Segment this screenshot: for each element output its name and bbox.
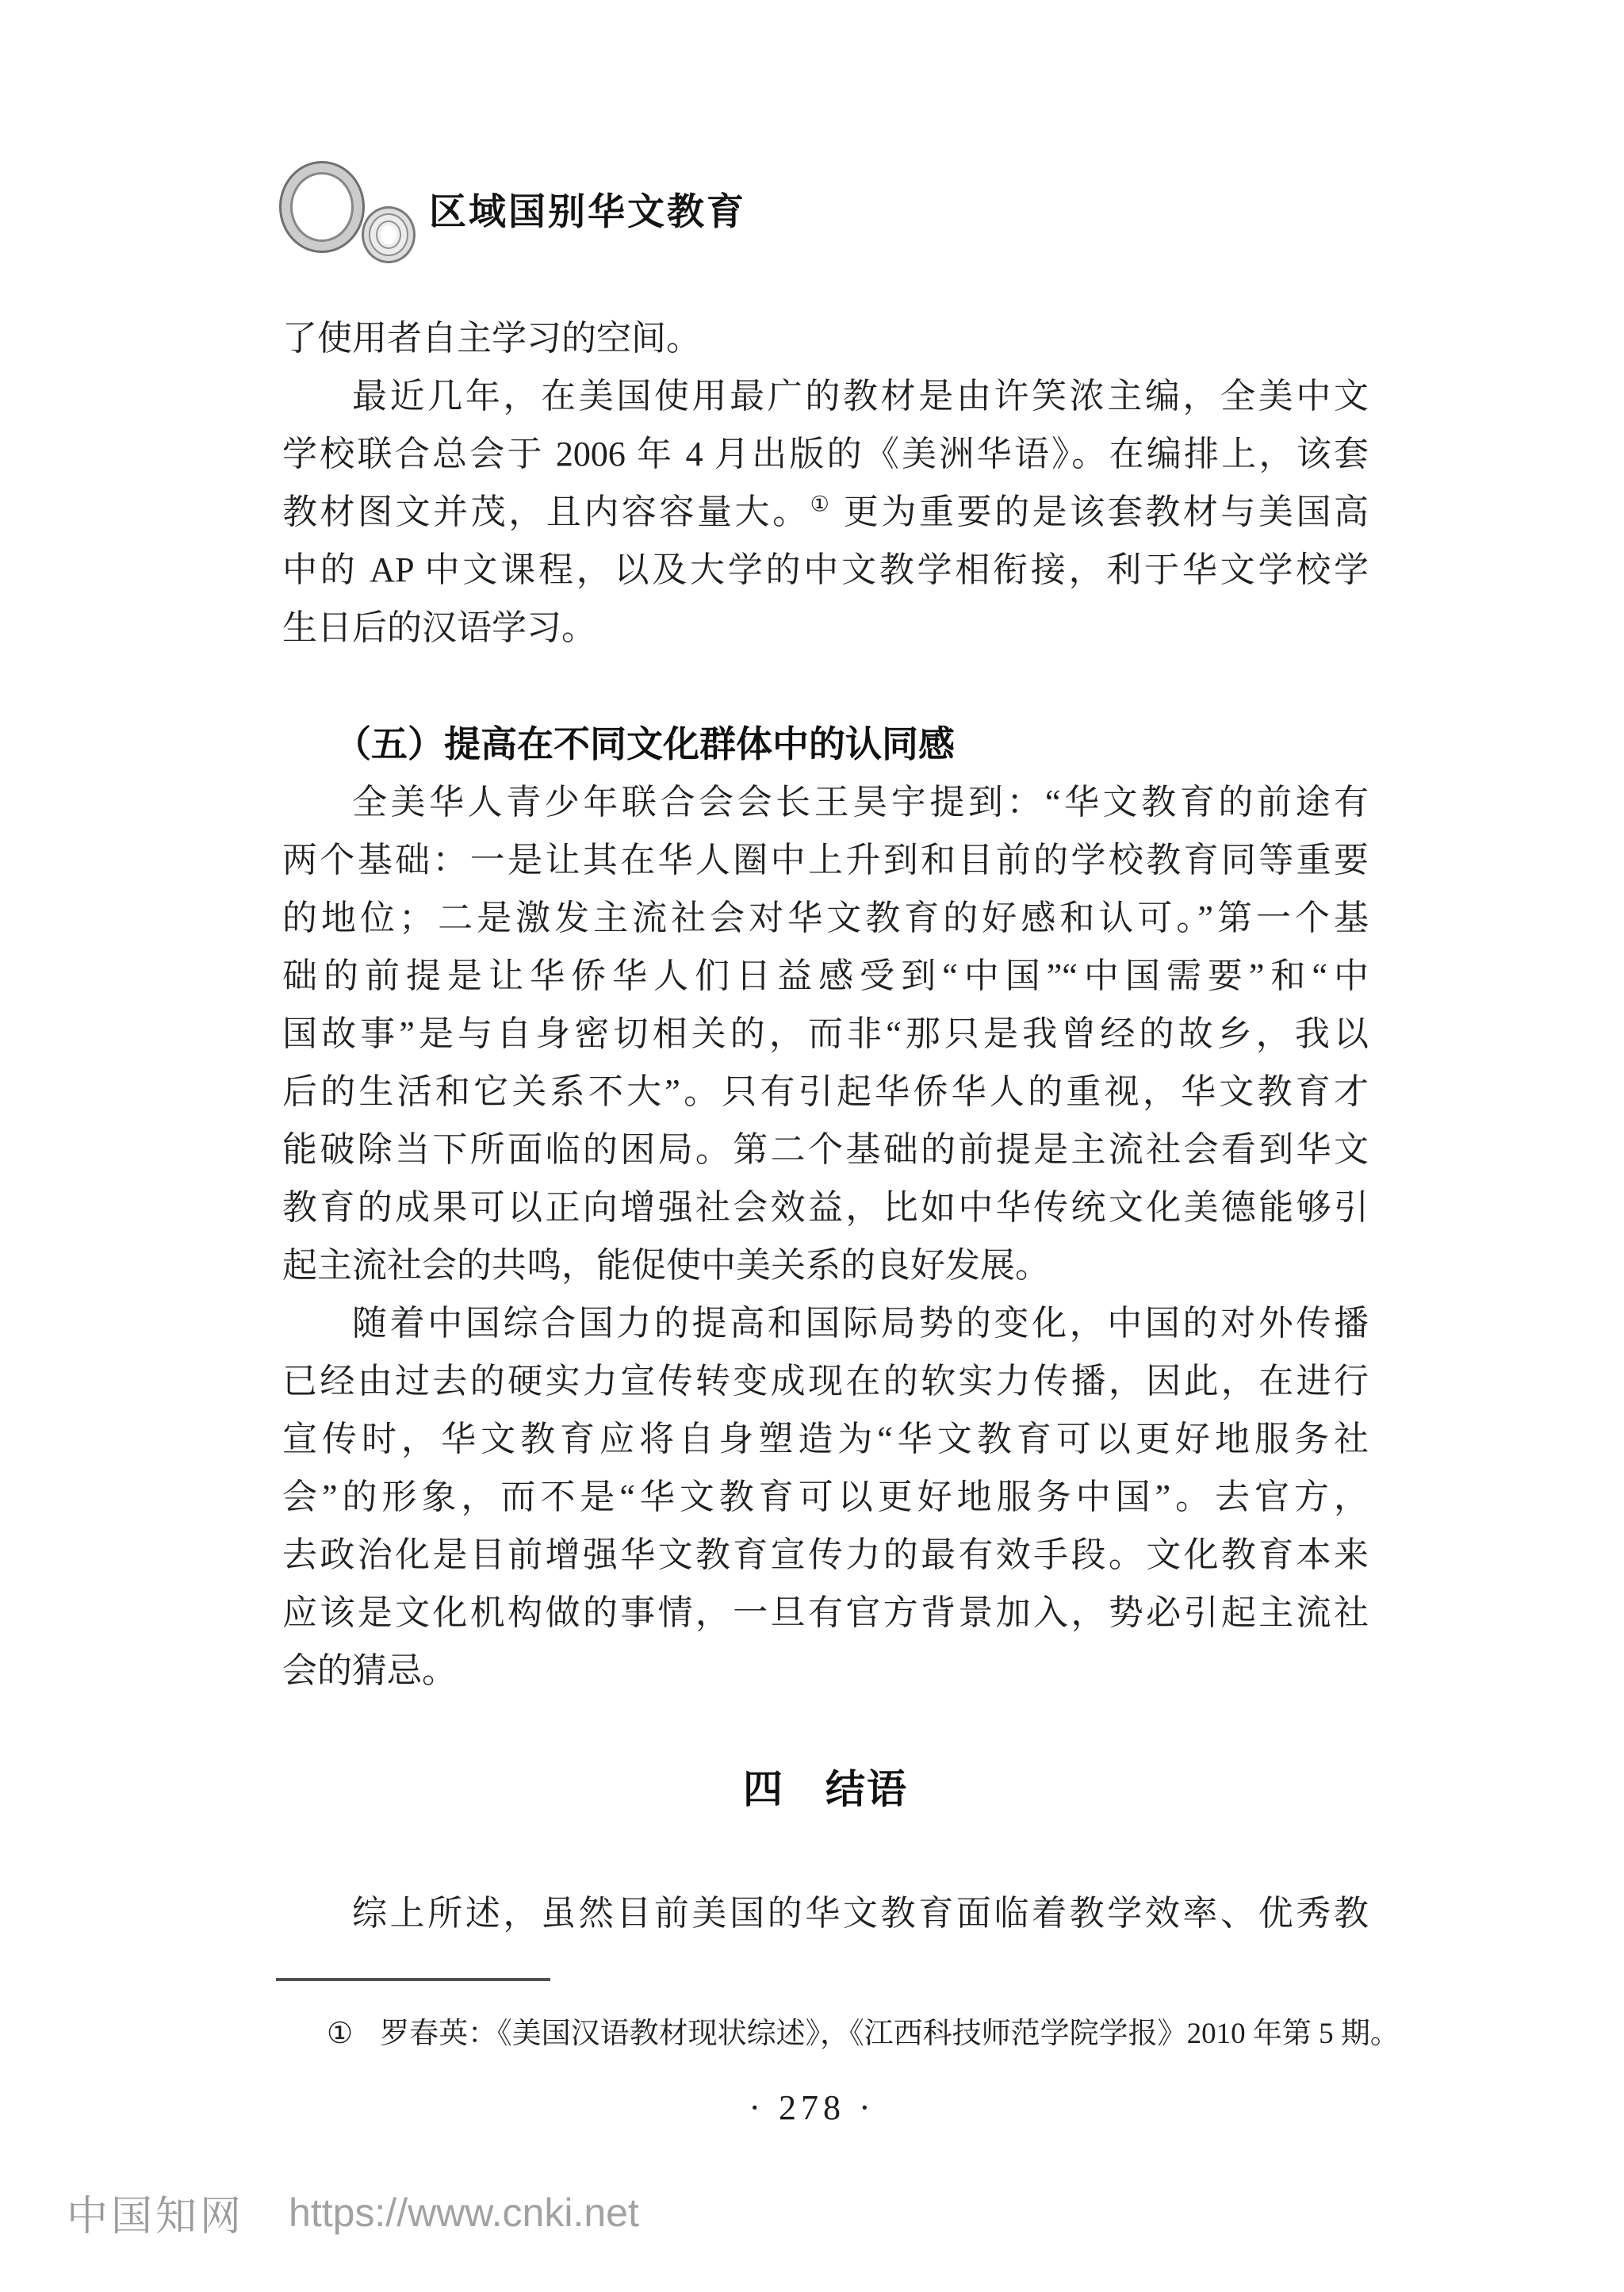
body-text: 了使用者自主学习的空间。 最近几年，在美国使用最广的教材是由许笑浓主编，全美中文…	[282, 309, 1369, 1942]
body-line: 中的 AP 中文课程，以及大学的中文教学相衔接，利于华文学校学	[282, 541, 1369, 599]
body-line: 宣传时，华文教育应将自身塑造为“华文教育可以更好地服务社	[282, 1410, 1369, 1468]
page-number: · 278 ·	[0, 2086, 1624, 2130]
body-line: 去政治化是目前增强华文教育宣传力的最有效手段。文化教育本来	[282, 1526, 1369, 1584]
body-line: 全美华人青少年联合会会长王昊宇提到：“华文教育的前途有	[282, 773, 1369, 831]
body-line: 已经由过去的硬实力宣传转变成现在的软实力传播，因此，在进行	[282, 1352, 1369, 1410]
footnote-text: 罗春英：《美国汉语教材现状综述》，《江西科技师范学院学报》2010 年第 5 期…	[380, 2018, 1400, 2050]
cnki-watermark: 中国知网 https://www.cnki.net	[67, 2183, 639, 2242]
section-heading-5: （五）提高在不同文化群体中的认同感	[282, 715, 1369, 773]
body-line-text: 教材图文并茂，且内容容量大。	[282, 493, 810, 531]
body-line: 础的前提是让华侨华人们日益感受到“中国”“中国需要”和“中	[282, 947, 1369, 1005]
chapter-heading-conclusion: 四 结语	[282, 1757, 1369, 1821]
body-line: 的地位；二是激发主流社会对华文教育的好感和认可。”第一个基	[282, 889, 1369, 947]
body-line-text: 更为重要的是该套教材与美国高	[844, 493, 1369, 531]
footnote-separator	[276, 1978, 550, 1981]
large-ring-icon	[279, 161, 365, 253]
body-line: 会的猜忌。	[282, 1642, 1369, 1700]
footnote-marker: ①	[327, 2018, 353, 2050]
footnote-ref: ①	[810, 492, 833, 516]
body-line: 生日后的汉语学习。	[282, 599, 1369, 657]
cnki-url: https://www.cnki.net	[289, 2190, 639, 2236]
body-line: 随着中国综合国力的提高和国际局势的变化，中国的对外传播	[282, 1294, 1369, 1352]
body-line: 会”的形象，而不是“华文教育可以更好地服务中国”。去官方，	[282, 1468, 1369, 1526]
body-line: 后的生活和它关系不大”。只有引起华侨华人的重视，华文教育才	[282, 1063, 1369, 1121]
body-line: 最近几年，在美国使用最广的教材是由许笑浓主编，全美中文	[282, 367, 1369, 425]
small-ring-icon	[362, 206, 416, 263]
body-line: 教育的成果可以正向增强社会效益，比如中华传统文化美德能够引	[282, 1179, 1369, 1236]
footnote: ①罗春英：《美国汉语教材现状综述》，《江西科技师范学院学报》2010 年第 5 …	[282, 2013, 1400, 2056]
body-line: 能破除当下所面临的困局。第二个基础的前提是主流社会看到华文	[282, 1121, 1369, 1179]
body-line: 国故事”是与自身密切相关的，而非“那只是我曾经的故乡，我以	[282, 1005, 1369, 1063]
body-line: 应该是文化机构做的事情，一旦有官方背景加入，势必引起主流社	[282, 1584, 1369, 1642]
series-title: 区域国别华文教育	[429, 189, 746, 235]
body-line: 学校联合总会于 2006 年 4 月出版的《美洲华语》。在编排上，该套	[282, 425, 1369, 483]
body-line: 两个基础：一是让其在华人圈中上升到和目前的学校教育同等重要	[282, 831, 1369, 889]
body-line: 起主流社会的共鸣，能促使中美关系的良好发展。	[282, 1236, 1369, 1294]
body-line: 教材图文并茂，且内容容量大。① 更为重要的是该套教材与美国高	[282, 483, 1369, 541]
body-line: 了使用者自主学习的空间。	[282, 309, 1369, 367]
body-line: 综上所述，虽然目前美国的华文教育面临着教学效率、优秀教	[282, 1884, 1369, 1942]
document-page: 区域国别华文教育 了使用者自主学习的空间。 最近几年，在美国使用最广的教材是由许…	[0, 0, 1624, 2292]
cnki-site-name: 中国知网	[67, 2183, 244, 2242]
